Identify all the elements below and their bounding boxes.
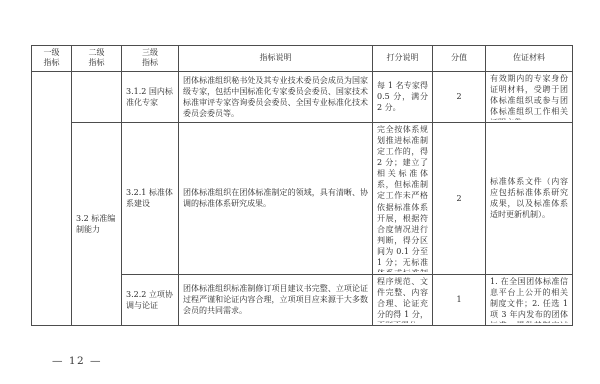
cell-indicator-description: 团体标准组织在团体标准制定的领域，具有清晰、协调的标准体系研究成果。: [179, 122, 373, 274]
cell-evidence-material: 1. 在全国团体标准信息平台上公开的相关制度文件；2. 任选 1 项 3 年内发…: [486, 274, 573, 325]
page-number: — 12 —: [52, 355, 102, 367]
header-evidence-material: 佐证材料: [486, 46, 573, 72]
cell-points: 1: [433, 274, 486, 325]
cell-evidence-material: 有效期内的专家身份证明材料，受聘于团体标准组织或参与团体标准组织工作相关证明文件…: [486, 71, 573, 122]
cell-scoring-description: 程序规范、文件完整、内容合理、论证充分的得 1 分，否则不得分。: [373, 274, 433, 325]
document-page: 一级 指标 二级 指标 三级 指标 指标说明 打分说明 分值 佐证材料 3.1.…: [0, 0, 600, 384]
header-points: 分值: [433, 46, 486, 72]
header-level2-indicator: 二级 指标: [72, 46, 122, 72]
cell-evidence-material: 标准体系文件（内容应包括标准体系研究成果，以及标准体系适时更新机制）。: [486, 122, 573, 274]
cell-level1-indicator: [32, 71, 72, 325]
cell-scoring-description: 完全按体系规划推进标准制定工作的，得 2 分；建立了相关标准体系，但标准制定工作…: [373, 122, 433, 274]
cell-level3-indicator: 3.2.1 标准体系建设: [122, 122, 179, 274]
cell-level3-indicator: 3.1.2 国内标准化专家: [122, 71, 179, 122]
cell-level3-indicator: 3.2.2 立项协调与论证: [122, 274, 179, 325]
table-row: 3.1.2 国内标准化专家 团体标准组织秘书处及其专业技术委员会成员为国家级专家…: [32, 71, 573, 122]
cell-indicator-description: 团体标准组织标准制修订项目建议书完整、立项论证过程严谨和论证内容合理，立项项目应…: [179, 274, 373, 325]
cell-scoring-description: 每 1 名专家得 0.5 分，满分 2 分。: [373, 71, 433, 122]
table-row: 3.2 标准编制能力 3.2.1 标准体系建设 团体标准组织在团体标准制定的领域…: [32, 122, 573, 274]
cell-points: 2: [433, 122, 486, 274]
header-indicator-description: 指标说明: [179, 46, 373, 72]
cell-points: 2: [433, 71, 486, 122]
cell-level2-indicator: 3.2 标准编制能力: [72, 122, 122, 325]
cell-indicator-description: 团体标准组织秘书处及其专业技术委员会成员为国家级专家，包括中国标准化专家委员会委…: [179, 71, 373, 122]
table-header-row: 一级 指标 二级 指标 三级 指标 指标说明 打分说明 分值 佐证材料: [32, 46, 573, 72]
cell-level2-indicator: [72, 71, 122, 122]
header-level1-indicator: 一级 指标: [32, 46, 72, 72]
header-level3-indicator: 三级 指标: [122, 46, 179, 72]
header-scoring-description: 打分说明: [373, 46, 433, 72]
evaluation-table: 一级 指标 二级 指标 三级 指标 指标说明 打分说明 分值 佐证材料 3.1.…: [31, 45, 573, 326]
